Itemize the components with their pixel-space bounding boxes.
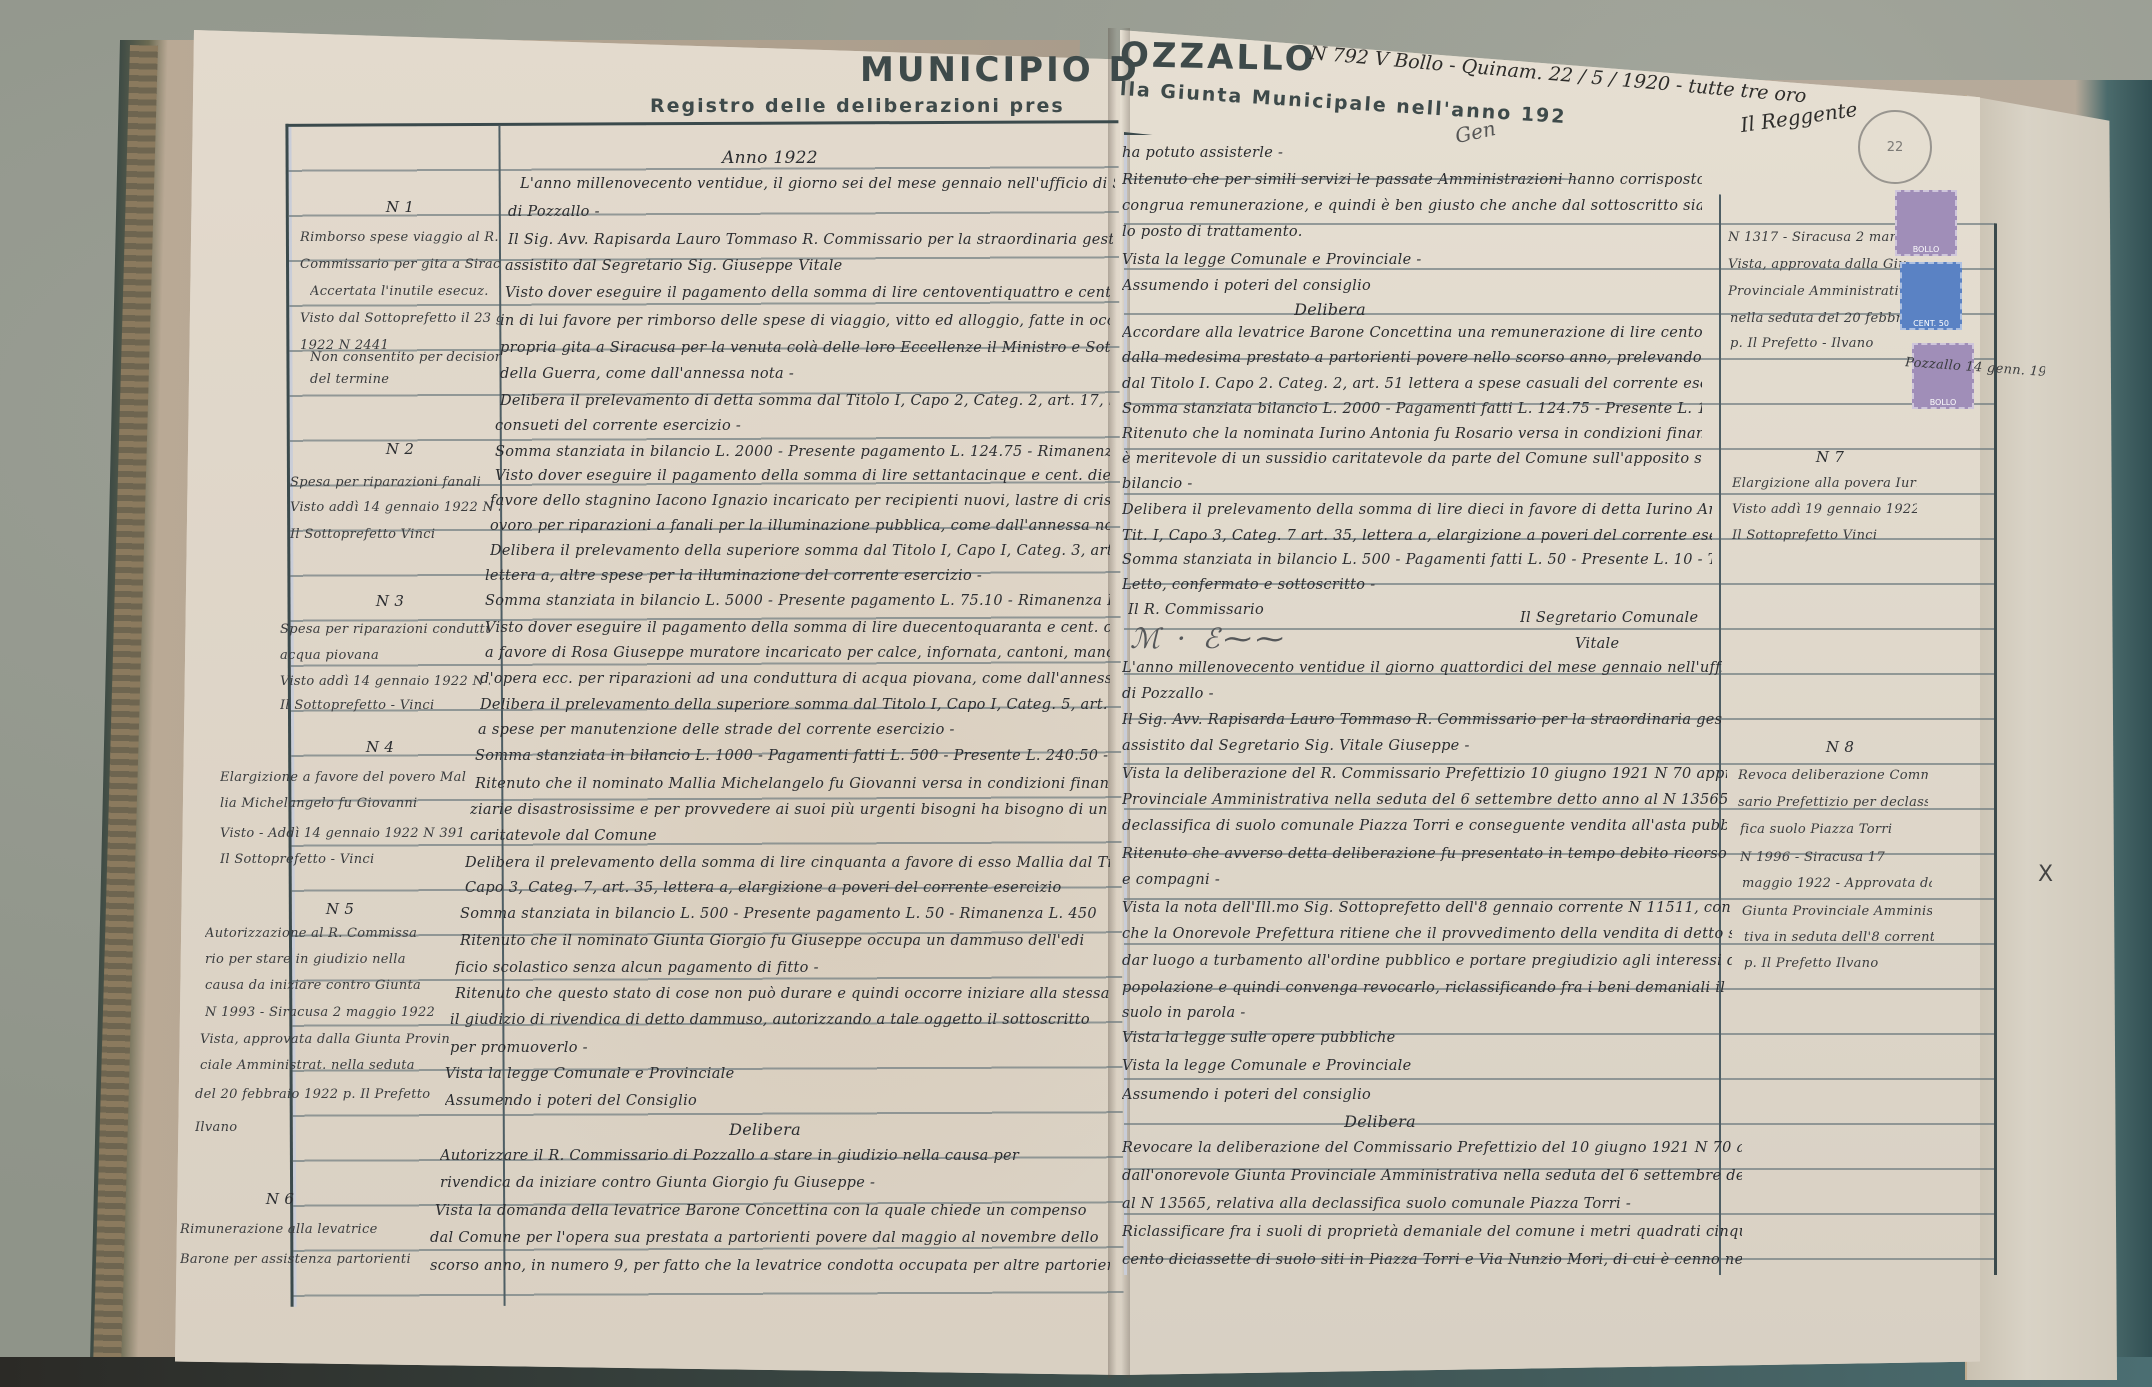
margin-note-line: Ilvano <box>195 1120 460 1135</box>
body-line: dall'onorevole Giunta Provinciale Ammini… <box>1122 1168 1742 1184</box>
entry-number: N 1 <box>300 198 500 216</box>
revenue-stamp-icon: BOLLO <box>1912 343 1974 409</box>
handwritten-signature: ℳ · ℰ⁓⁓ <box>1130 622 1390 655</box>
stamp-label: CENT. 50 <box>1913 319 1949 328</box>
body-line: Ritenuto che questo stato di cose non pu… <box>455 986 1110 1002</box>
body-line: dalla medesima prestato a partorienti po… <box>1122 350 1702 366</box>
margin-note-line: Il Sottoprefetto Vinci <box>1732 528 1917 543</box>
header-subtitle-left: Registro delle deliberazioni pres <box>650 95 1065 117</box>
margin-note-line: fica suolo Piazza Torri <box>1740 822 1930 837</box>
entry-number: N 3 <box>290 592 490 610</box>
header-title-left: MUNICIPIO D <box>860 50 1140 90</box>
segretario-name: Vitale <box>1575 636 1695 652</box>
delibera-heading: Delibera <box>1230 300 1430 319</box>
body-line: Riclassificare fra i suoli di proprietà … <box>1122 1224 1742 1240</box>
body-line: Visto dover eseguire il pagamento della … <box>495 468 1110 484</box>
body-line: della Guerra, come dall'annessa nota - <box>500 366 1110 382</box>
body-line: Visto dover eseguire il pagamento della … <box>485 620 1110 636</box>
body-line: Accordare alla levatrice Barone Concetti… <box>1122 325 1702 341</box>
body-line: Vista la legge Comunale e Provinciale <box>1122 1058 1732 1074</box>
body-line: Assumendo i poteri del consiglio <box>1122 278 1702 294</box>
margin-column-divider <box>1719 135 1721 1275</box>
body-line: Somma stanziata in bilancio L. 500 - Pre… <box>460 906 1110 922</box>
body-line: Ritenuto che il nominato Mallia Michelan… <box>475 776 1110 792</box>
body-line: Somma stanziata in bilancio L. 2000 - Pr… <box>495 444 1110 460</box>
body-line: Delibera il prelevamento della superiore… <box>490 543 1110 559</box>
body-line: scorso anno, in numero 9, per fatto che … <box>430 1258 1110 1274</box>
body-line: Il Sig. Avv. Rapisarda Lauro Tommaso R. … <box>1122 712 1722 728</box>
body-line: Provinciale Amministrativa nella seduta … <box>1122 792 1727 808</box>
body-line: bilancio - <box>1122 476 1702 492</box>
margin-note-line: sario Prefettizio per declassi <box>1738 795 1928 810</box>
body-line: per promuoverlo - <box>450 1040 1110 1056</box>
margin-note-line: p. Il Prefetto - Ilvano <box>1730 336 1910 351</box>
margin-note-line: Il Sottoprefetto Vinci <box>290 527 500 542</box>
body-line: L'anno millenovecento ventidue, il giorn… <box>520 176 1115 192</box>
margin-note-line: tiva in seduta dell'8 corrente <box>1744 930 1934 945</box>
body-line: Autorizzare il R. Commissario di Pozzall… <box>440 1148 1110 1164</box>
body-line: al N 13565, relativa alla declassifica s… <box>1122 1196 1742 1212</box>
body-line: rivendica da iniziare contro Giunta Gior… <box>440 1175 1110 1191</box>
body-line: caritatevole dal Comune <box>470 828 1110 844</box>
margin-note-line: Accertata l'inutile esecuz. <box>310 284 500 299</box>
body-line: dar luogo a turbamento all'ordine pubbli… <box>1122 953 1732 969</box>
body-line: Ritenuto che il nominato Giunta Giorgio … <box>460 933 1110 949</box>
body-line: popolazione e quindi convenga revocarlo,… <box>1122 980 1732 996</box>
margin-note-line: Visto addì 14 gennaio 1922 N 392 <box>290 500 500 515</box>
stamp-label: BOLLO <box>1913 245 1940 254</box>
margin-note-line: Vista, approvata dalla Giunta <box>1728 257 1908 272</box>
body-line: Vista la deliberazione del R. Commissari… <box>1122 766 1727 782</box>
body-line: assistito dal Segretario Sig. Vitale Giu… <box>1122 738 1722 754</box>
margin-note-line: N 1993 - Siracusa 2 maggio 1922 <box>205 1005 470 1020</box>
margin-note-line: rio per stare in giudizio nella <box>205 952 470 967</box>
body-line: lettera a, altre spese per la illuminazi… <box>485 568 1110 584</box>
margin-note-line: del termine <box>310 372 500 387</box>
body-line: Delibera il prelevamento della somma di … <box>465 855 1110 871</box>
entry-number: N 8 <box>1780 738 1900 756</box>
body-line: Vista la legge sulle opere pubbliche <box>1122 1030 1732 1046</box>
margin-note-line: acqua piovana <box>280 648 490 663</box>
header-title-right: OZZALLO <box>1120 35 1317 79</box>
body-line: ha potuto assisterle - <box>1122 145 1702 161</box>
body-line: Somma stanziata in bilancio L. 1000 - Pa… <box>475 748 1110 764</box>
body-line: Visto dover eseguire il pagamento della … <box>505 285 1110 301</box>
body-line: Il Sig. Avv. Rapisarda Lauro Tommaso R. … <box>508 232 1113 248</box>
margin-note-line: Il Sottoprefetto - Vinci <box>220 852 480 867</box>
body-line: ziarie disastrosissime e per provvedere … <box>470 802 1110 818</box>
margin-note-line: Rimborso spese viaggio al R. <box>300 230 500 245</box>
body-line: Somma stanziata bilancio L. 2000 - Pagam… <box>1122 401 1702 417</box>
body-line: Capo 3, Categ. 7, art. 35, lettera a, el… <box>465 880 1110 896</box>
body-line: declassifica di suolo comunale Piazza To… <box>1122 818 1727 834</box>
body-line: lo posto di trattamento. <box>1122 224 1702 240</box>
body-line: assistito dal Segretario Sig. Giuseppe V… <box>505 258 1110 274</box>
body-line: e compagni - <box>1122 872 1727 888</box>
margin-note-line: Il Sottoprefetto - Vinci <box>280 698 490 713</box>
postmark-day: 22 <box>1887 140 1904 155</box>
year-heading: Anno 1922 <box>640 148 900 168</box>
x-mark: X <box>2038 862 2053 887</box>
margin-note-line: Provinciale Amministrativa <box>1728 284 1908 299</box>
revenue-stamp-icon: BOLLO <box>1895 190 1957 256</box>
margin-note-line: Barone per assistenza partorienti <box>180 1252 450 1267</box>
body-line: a favore di Rosa Giuseppe muratore incar… <box>485 645 1110 661</box>
body-line: in di lui favore per rimborso delle spes… <box>500 313 1110 329</box>
margin-note-line: Visto addì 19 gennaio 1922 N 392 <box>1732 502 1917 517</box>
body-line: dal Titolo I. Capo 2. Categ. 2, art. 51 … <box>1122 376 1702 392</box>
body-line: Ritenuto che avverso detta deliberazione… <box>1122 846 1727 862</box>
body-line: consueti del corrente esercizio - <box>495 418 1110 434</box>
entry-number: N 7 <box>1770 448 1890 466</box>
body-line: di Pozzallo - <box>508 204 1113 220</box>
body-line: Delibera il prelevamento di detta somma … <box>500 393 1110 409</box>
body-line: dal Comune per l'opera sua prestata a pa… <box>430 1230 1110 1246</box>
margin-note-line: p. Il Prefetto Ilvano <box>1744 956 1934 971</box>
body-line: L'anno millenovecento ventidue il giorno… <box>1122 660 1722 676</box>
body-line: Assumendo i poteri del consiglio <box>1122 1087 1732 1103</box>
margin-note-line: N 1317 - Siracusa 2 marzo 1922 <box>1728 230 1908 245</box>
margin-note-line: Commissario per gita a Siracusa <box>300 257 500 272</box>
signatory-commissario: Il R. Commissario <box>1128 602 1428 618</box>
entry-number: N 2 <box>300 440 500 458</box>
body-line: Revocare la deliberazione del Commissari… <box>1122 1140 1742 1156</box>
margin-note-line: Revoca deliberazione Commis <box>1738 768 1928 783</box>
margin-note-line: Rimunerazione alla levatrice <box>180 1222 450 1237</box>
margin-note-line: nella seduta del 20 febbraio 1922 <box>1730 311 1910 326</box>
body-line: a spese per manutenzione delle strade de… <box>478 722 1110 738</box>
entry-number: N 5 <box>240 900 440 918</box>
margin-note-line: Visto addì 14 gennaio 1922 N 392 <box>280 674 490 689</box>
margin-note-line: N 1996 - Siracusa 17 <box>1740 850 1930 865</box>
body-line: Vista la legge Comunale e Provinciale <box>445 1066 1110 1082</box>
body-line: cento diciassette di suolo siti in Piazz… <box>1122 1252 1742 1268</box>
delibera-heading: Delibera <box>640 1120 890 1139</box>
margin-note-line: Spesa per riparazioni conduttura <box>280 622 490 637</box>
margin-note-line: Elargizione alla povera Iurino <box>1732 476 1917 491</box>
body-line: Ritenuto che la nominata Iurino Antonia … <box>1122 426 1702 442</box>
margin-note-line: del 20 febbraio 1922 p. Il Prefetto <box>195 1087 460 1102</box>
body-line: è meritevole di un sussidio caritatevole… <box>1122 451 1702 467</box>
margin-note-line: ciale Amministrat. nella seduta <box>200 1058 465 1073</box>
margin-note-line: Autorizzazione al R. Commissa <box>205 926 470 941</box>
margin-note-line: maggio 1922 - Approvata dalla <box>1742 876 1932 891</box>
entry-number: N 4 <box>280 738 480 756</box>
body-line: d'opera ecc. per riparazioni ad una cond… <box>480 671 1110 687</box>
body-line: Assumendo i poteri del Consiglio <box>445 1093 1110 1109</box>
body-line: che la Onorevole Prefettura ritiene che … <box>1122 926 1732 942</box>
body-line: propria gita a Siracusa per la venuta co… <box>500 340 1110 356</box>
body-line: Letto, confermato e sottoscritto - <box>1122 577 1712 593</box>
body-line: di Pozzallo - <box>1122 686 1722 702</box>
body-line: Somma stanziata in bilancio L. 500 - Pag… <box>1122 552 1712 568</box>
margin-note-line: Spesa per riparazioni fanali <box>290 475 500 490</box>
body-line: Vista la domanda della levatrice Barone … <box>435 1203 1110 1219</box>
delibera-heading: Delibera <box>1320 1112 1440 1131</box>
body-line: il giudizio di rivendica di detto dammus… <box>450 1012 1110 1028</box>
body-line: Tit. I, Capo 3, Categ. 7 art. 35, letter… <box>1122 528 1712 544</box>
margin-note-line: Elargizione a favore del povero Mal <box>220 770 480 785</box>
body-line: Vista la legge Comunale e Provinciale - <box>1122 252 1702 268</box>
margin-note-line: lia Michelangelo fu Giovanni <box>220 796 480 811</box>
body-line: suolo in parola - <box>1122 1005 1732 1021</box>
body-line: ovoro per riparazioni a fanali per la il… <box>490 518 1110 534</box>
body-line: congrua remunerazione, e quindi è ben gi… <box>1122 198 1702 214</box>
margin-note-line: Non consentito per decisione <box>310 350 500 365</box>
body-line: Ritenuto che per simili servizi le passa… <box>1122 172 1702 188</box>
margin-note-line: Visto dal Sottoprefetto il 23 genn. <box>300 311 500 326</box>
body-line: Vista la nota dell'Ill.mo Sig. Sottopref… <box>1122 900 1732 916</box>
body-line: favore dello stagnino Iacono Ignazio inc… <box>490 493 1110 509</box>
body-line: Somma stanziata in bilancio L. 5000 - Pr… <box>485 593 1110 609</box>
signatory-segretario: Il Segretario Comunale <box>1520 610 1740 626</box>
body-line: Delibera il prelevamento della somma di … <box>1122 502 1712 518</box>
margin-note-line: Giunta Provinciale Amministra <box>1742 904 1932 919</box>
postmark-stamp-icon: 22 <box>1858 110 1932 184</box>
body-line: Delibera il prelevamento della superiore… <box>480 697 1110 713</box>
margin-note-line: Vista, approvata dalla Giunta Provin <box>200 1032 465 1047</box>
body-line: ficio scolastico senza alcun pagamento d… <box>455 960 1110 976</box>
revenue-stamp-icon: CENT. 50 <box>1900 262 1962 330</box>
margin-note-line: Visto - Addì 14 gennaio 1922 N 391 <box>220 826 480 841</box>
margin-note-line: causa da iniziare contro Giunta <box>205 978 470 993</box>
entry-number: N 6 <box>180 1190 380 1208</box>
stamp-label: BOLLO <box>1930 398 1957 407</box>
